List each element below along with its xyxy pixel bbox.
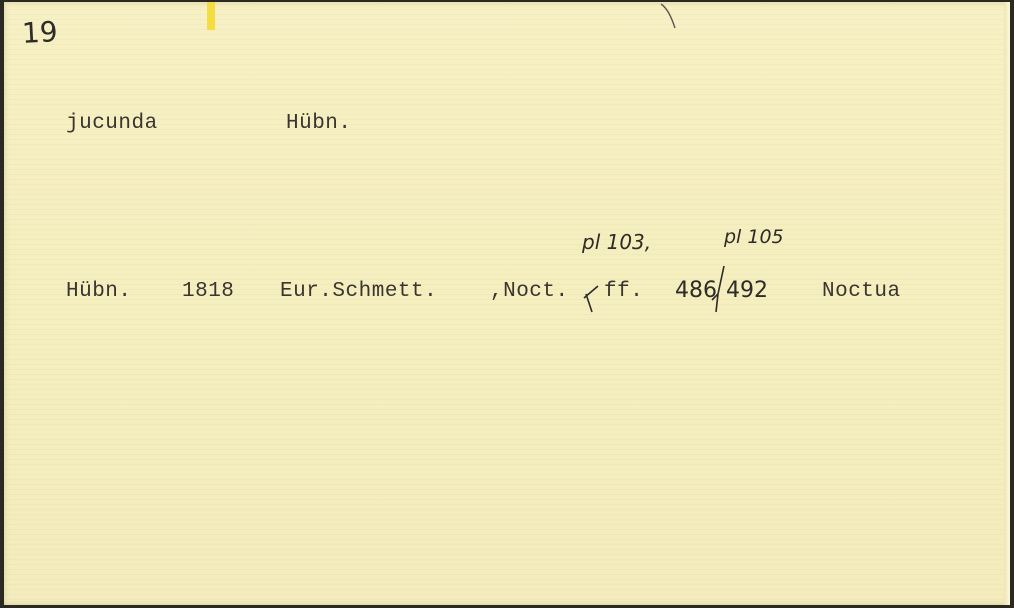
species-author: Hübn. <box>286 112 352 135</box>
handwritten-plate-1: pl 103, <box>582 230 651 254</box>
card-edge <box>1004 2 1010 605</box>
index-card: 19 jucunda Hübn. Hübn. 1818 Eur.Schmett.… <box>4 2 1010 605</box>
reference-section: ,Noct. <box>490 280 569 303</box>
reference-author: Hübn. <box>66 280 132 303</box>
pencil-stroke-mark <box>659 2 679 30</box>
yellow-tab-marker <box>207 2 215 30</box>
reference-genus: Noctua <box>822 280 901 303</box>
insertion-caret-icon <box>576 282 600 316</box>
reference-pages-prefix: ff. <box>604 280 643 303</box>
insertion-caret-icon <box>706 264 728 316</box>
reference-page-2: 492 <box>726 278 768 303</box>
reference-work: Eur.Schmett. <box>280 280 437 303</box>
reference-year: 1818 <box>182 280 234 303</box>
handwritten-plate-2: pl 105 <box>724 226 784 248</box>
card-number: 19 <box>21 15 58 50</box>
species-name: jucunda <box>66 112 158 135</box>
